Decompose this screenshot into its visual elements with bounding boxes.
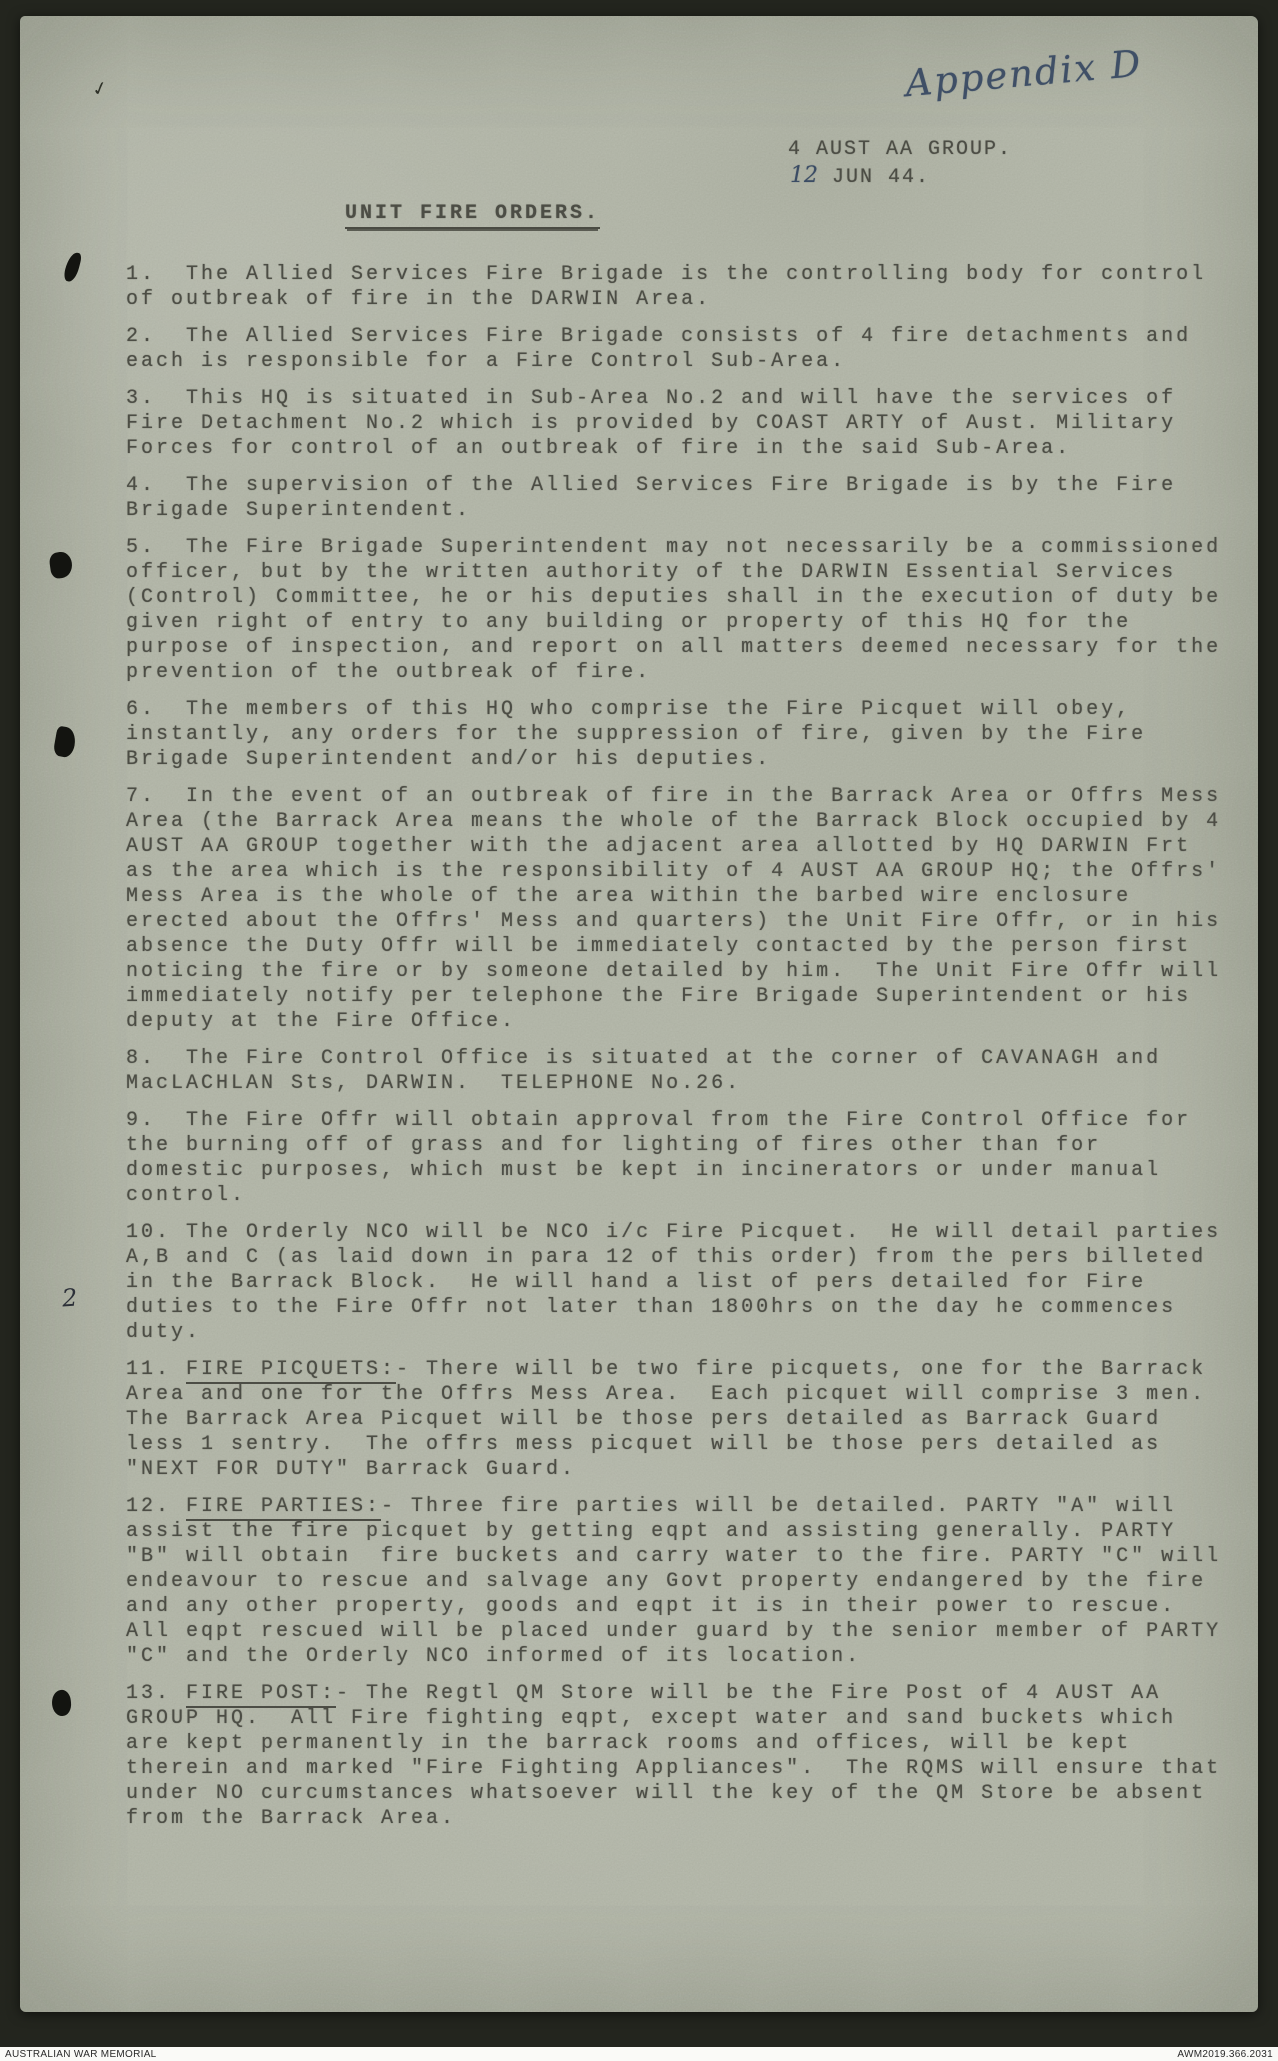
paragraph-text: 2. The Allied Services Fire Brigade cons… [126, 325, 1206, 373]
handwritten-margin-numeral: 2 [61, 1284, 78, 1313]
order-paragraph-7: 7. In the event of an outbreak of fire i… [126, 784, 1234, 1034]
date-line: 12 JUN 44. [790, 163, 930, 189]
ink-blot [51, 1689, 73, 1717]
paragraph-number: 13. [126, 1682, 186, 1705]
ink-blot [53, 725, 78, 758]
paragraph-text: 7. In the event of an outbreak of fire i… [126, 785, 1236, 1033]
order-paragraph-2: 2. The Allied Services Fire Brigade cons… [126, 324, 1234, 374]
paragraph-heading: FIRE POST: [186, 1682, 336, 1708]
paragraph-text: 9. The Fire Offr will obtain approval fr… [126, 1109, 1206, 1207]
archive-accession-number: AWM2019.366.2031 [1177, 2049, 1273, 2060]
paragraph-text: 5. The Fire Brigade Superintendent may n… [126, 536, 1236, 684]
order-paragraph-5: 5. The Fire Brigade Superintendent may n… [126, 535, 1234, 685]
paragraph-number: 11. [126, 1358, 186, 1381]
document-paper: ✓ Appendix D 4 AUST AA GROUP. 12 JUN 44.… [20, 16, 1258, 2012]
order-paragraph-13: 13. FIRE POST:- The Regtl QM Store will … [126, 1681, 1234, 1831]
ink-blot [63, 251, 83, 283]
order-paragraph-11: 11. FIRE PICQUETS:- There will be two fi… [126, 1357, 1234, 1482]
order-paragraph-8: 8. The Fire Control Office is situated a… [126, 1046, 1234, 1096]
order-paragraph-4: 4. The supervision of the Allied Service… [126, 473, 1234, 523]
archive-institution-label: AUSTRALIAN WAR MEMORIAL [5, 2049, 157, 2060]
order-paragraph-10: 10. The Orderly NCO will be NCO i/c Fire… [126, 1220, 1234, 1345]
paragraph-text: 6. The members of this HQ who comprise t… [126, 698, 1161, 771]
handwritten-appendix-note: Appendix D [904, 42, 1144, 106]
paragraph-text: - Three fire parties will be detailed. P… [126, 1495, 1236, 1668]
paragraph-heading: FIRE PARTIES: [186, 1495, 381, 1521]
handwritten-checkmark: ✓ [90, 76, 111, 101]
date-typed: JUN 44. [818, 166, 930, 189]
order-paragraph-3: 3. This HQ is situated in Sub-Area No.2 … [126, 386, 1234, 461]
ink-blot [48, 551, 73, 580]
paragraph-text: 8. The Fire Control Office is situated a… [126, 1047, 1176, 1095]
handwritten-date-day: 12 [790, 163, 818, 188]
archive-caption-bar: AUSTRALIAN WAR MEMORIAL AWM2019.366.2031 [0, 2047, 1278, 2061]
document-title: UNIT FIRE ORDERS. [345, 202, 600, 229]
paragraph-text: 10. The Orderly NCO will be NCO i/c Fire… [126, 1221, 1236, 1344]
paragraph-text: 3. This HQ is situated in Sub-Area No.2 … [126, 387, 1191, 460]
paragraph-text: 1. The Allied Services Fire Brigade is t… [126, 263, 1221, 311]
orders-body: 1. The Allied Services Fire Brigade is t… [126, 262, 1234, 1843]
unit-heading: 4 AUST AA GROUP. [788, 138, 1012, 161]
order-paragraph-6: 6. The members of this HQ who comprise t… [126, 697, 1234, 772]
scanned-document-page: { "colors": { "paper": "#b1b5a6", "typed… [0, 0, 1278, 2061]
order-paragraph-12: 12. FIRE PARTIES:- Three fire parties wi… [126, 1494, 1234, 1669]
order-paragraph-9: 9. The Fire Offr will obtain approval fr… [126, 1108, 1234, 1208]
order-paragraph-1: 1. The Allied Services Fire Brigade is t… [126, 262, 1234, 312]
paragraph-text: 4. The supervision of the Allied Service… [126, 474, 1191, 522]
paragraph-heading: FIRE PICQUETS: [186, 1358, 396, 1384]
paragraph-number: 12. [126, 1495, 186, 1518]
